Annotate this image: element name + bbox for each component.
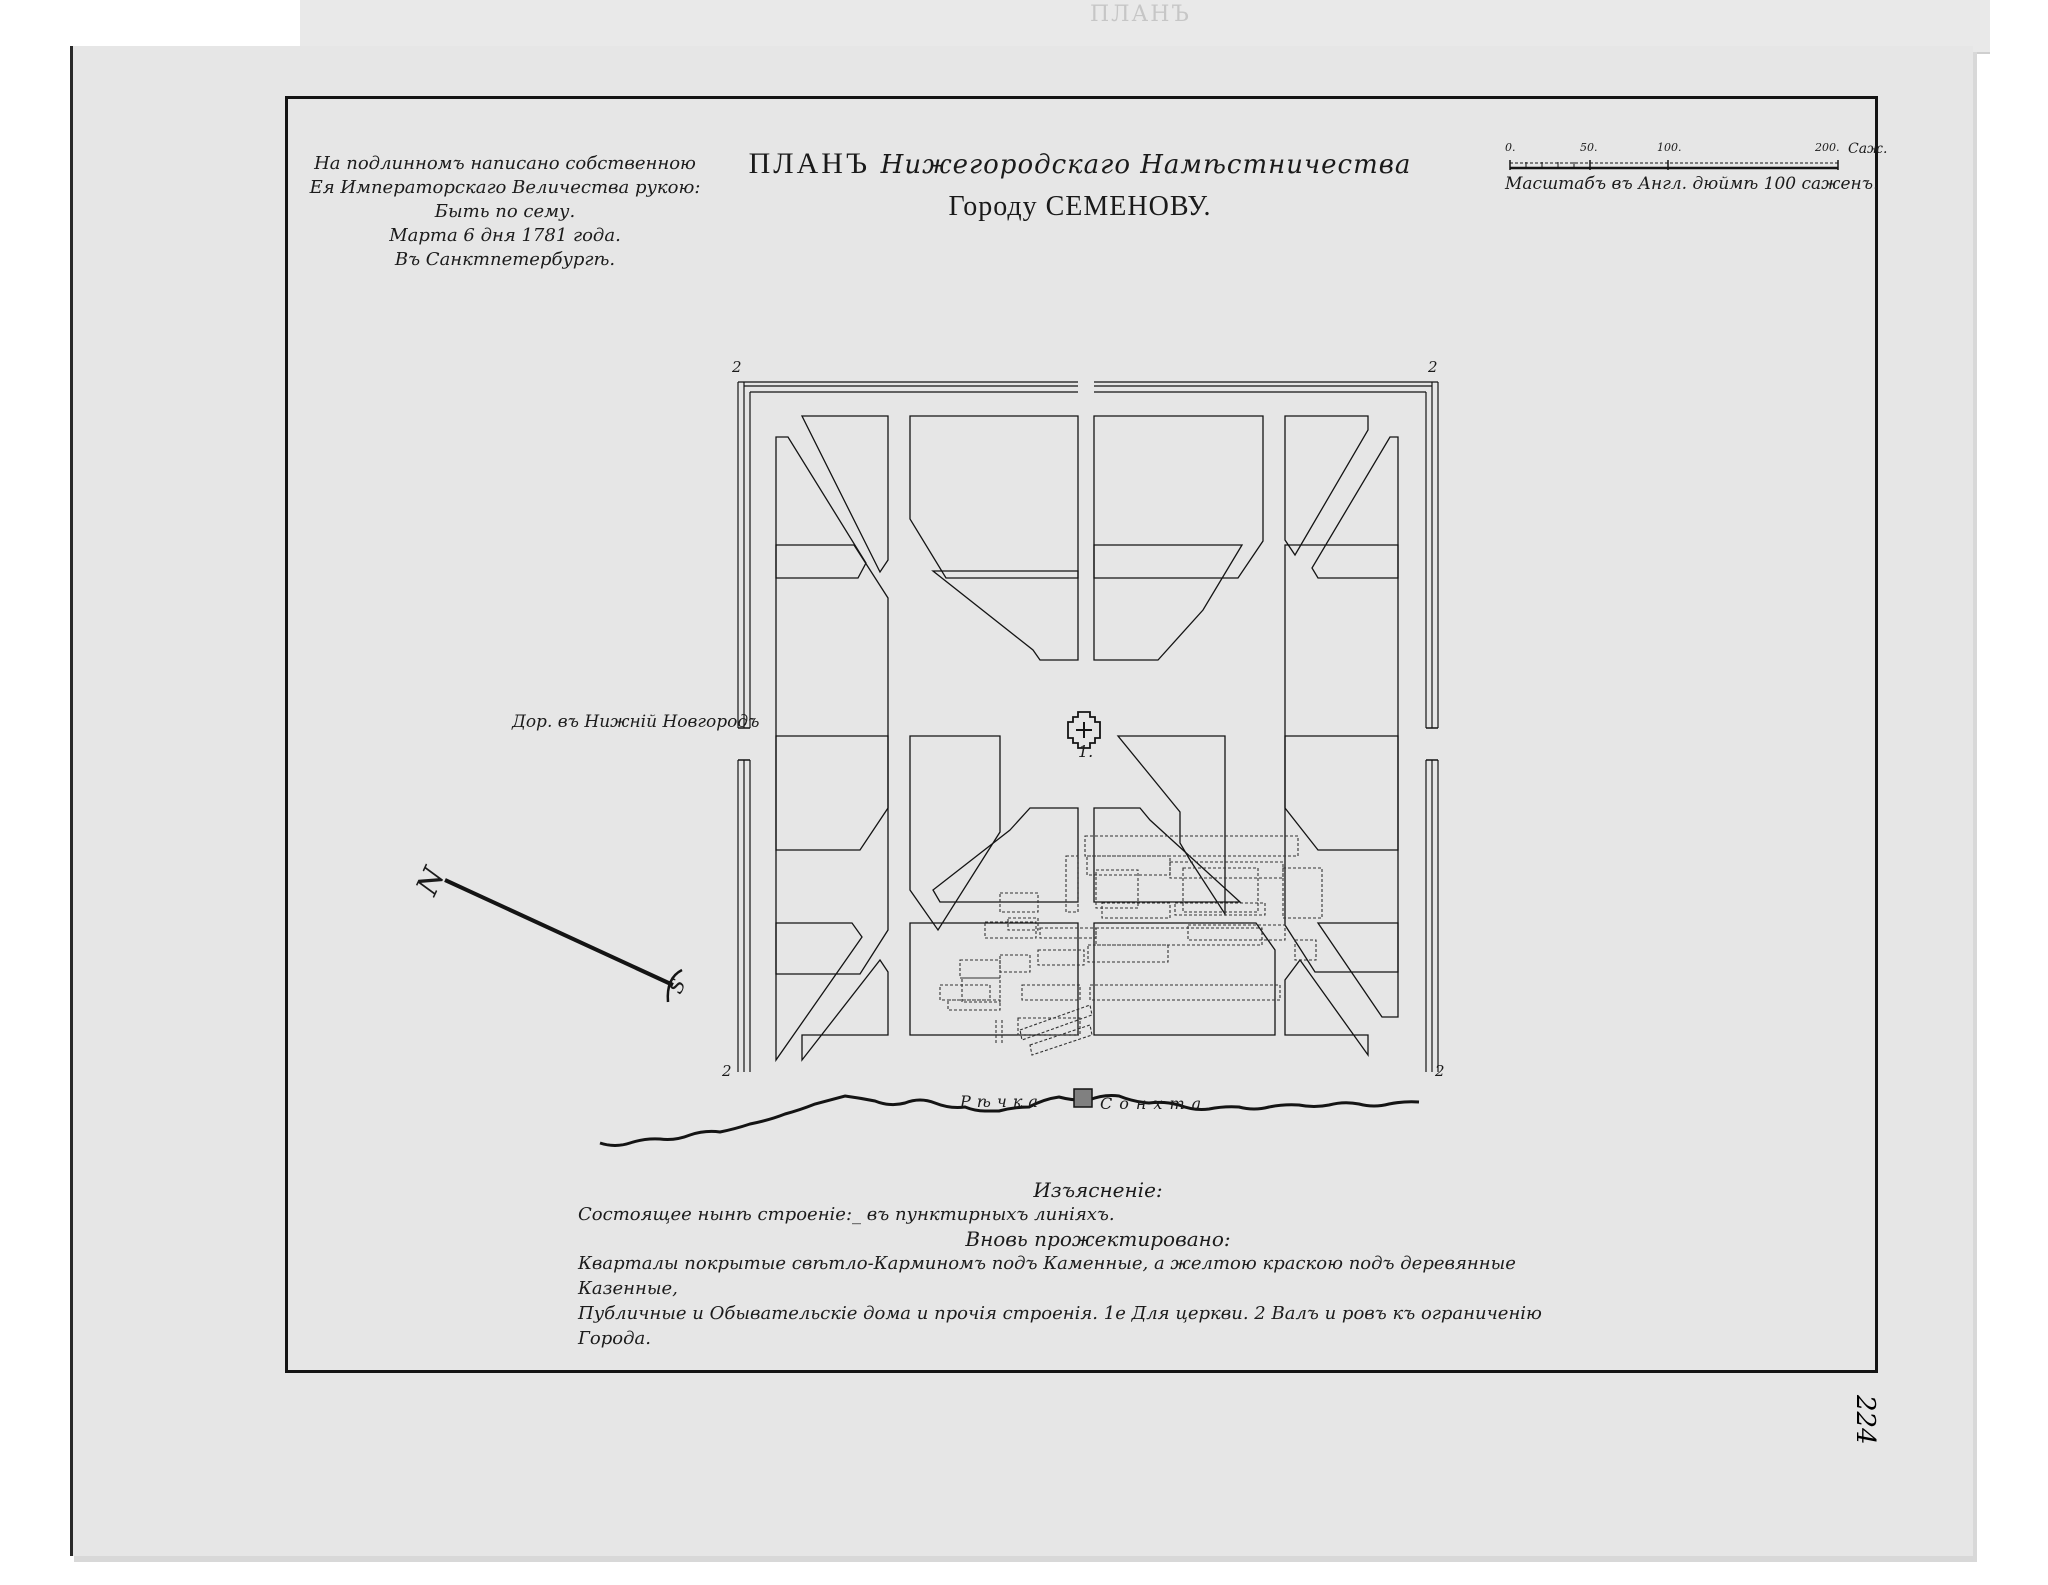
river-label-right: Сонхта (1100, 1094, 1208, 1113)
legend-heading: Изъясненіе: (578, 1178, 1618, 1202)
legend: Изъясненіе: Состоящее нынѣ строеніе:_ въ… (578, 1178, 1618, 1351)
legend-projected-heading: Вновь прожектировано: (578, 1227, 1618, 1251)
legend-projected-text: Кварталы покрытые свѣтло-Карминомъ подъ … (578, 1251, 1618, 1301)
legend-projected-text: Публичные и Обывательскіе дома и прочія … (578, 1301, 1618, 1326)
rampart-marker: 2 (722, 1062, 732, 1080)
church-marker-label: 1. (1078, 742, 1093, 761)
road-label: Дор. въ Нижній Новгородъ (512, 712, 759, 732)
rampart-marker: 2 (732, 358, 742, 376)
sheet-number: 224 (1850, 1395, 1880, 1445)
river-label-left: Рѣчка (960, 1092, 1044, 1111)
rampart-marker: 2 (1435, 1062, 1445, 1080)
legend-projected-text: Города. (578, 1326, 1618, 1351)
rampart-marker: 2 (1428, 358, 1438, 376)
legend-existing: Состоящее нынѣ строеніе:_ въ пунктирныхъ… (578, 1202, 1618, 1227)
